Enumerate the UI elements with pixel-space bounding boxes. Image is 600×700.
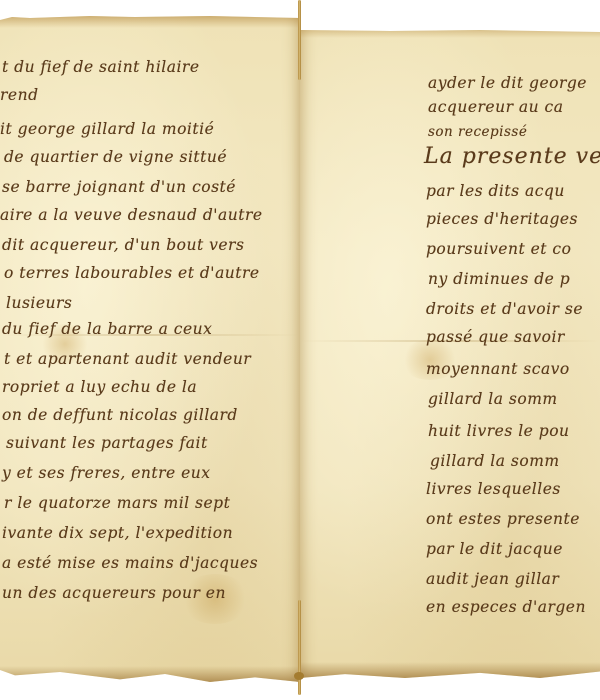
text-line: t du fief de saint hilaire (2, 58, 200, 76)
left-page-text: t du fief de saint hilaire rend it georg… (0, 14, 300, 682)
text-line: par les dits acqu (426, 182, 565, 200)
text-line: de quartier de vigne sittué (4, 148, 227, 166)
text-line: suivant les partages fait (6, 434, 208, 452)
right-page-text: ayder le dit george acquereur au ca son … (300, 30, 600, 678)
text-line: gillard la somm (430, 452, 560, 470)
text-line: on de deffunt nicolas gillard (2, 406, 238, 424)
text-line: audit jean gillar (426, 570, 559, 588)
text-line: ayder le dit george (428, 74, 587, 92)
binding-thread (298, 600, 301, 695)
left-page: t du fief de saint hilaire rend it georg… (0, 14, 300, 682)
binding-thread (298, 0, 301, 80)
text-line: aire a la veuve desnaud d'autre (0, 206, 263, 224)
text-line: huit livres le pou (428, 422, 570, 440)
text-line: dit acquereur, d'un bout vers (2, 236, 244, 254)
text-line-heading: La presente ve (424, 144, 600, 169)
text-line: acquereur au ca (428, 98, 563, 116)
text-line: r le quatorze mars mil sept (4, 494, 230, 512)
text-line: du fief de la barre a ceux (2, 320, 212, 338)
manuscript-spread: t du fief de saint hilaire rend it georg… (0, 0, 600, 700)
text-line: o terres labourables et d'autre (4, 264, 260, 282)
text-line: poursuivent et co (426, 240, 571, 258)
text-line: moyennant scavo (426, 360, 570, 378)
text-line: lusieurs (6, 294, 72, 312)
text-line: pieces d'heritages (426, 210, 578, 228)
text-line: se barre joignant d'un costé (2, 178, 236, 196)
text-line: ropriet a luy echu de la (2, 378, 197, 396)
text-line: droits et d'avoir se (426, 300, 583, 318)
text-line: en especes d'argen (426, 598, 586, 616)
text-line: gillard la somm (428, 390, 558, 408)
text-line: ny diminues de p (428, 270, 570, 288)
text-line: un des acquereurs pour en (2, 584, 226, 602)
text-line: passé que savoir (426, 328, 565, 346)
text-line: ont estes presente (426, 510, 580, 528)
text-line: ivante dix sept, l'expedition (2, 524, 233, 542)
text-line: a esté mise es mains d'jacques (2, 554, 258, 572)
text-line: t et apartenant audit vendeur (4, 350, 251, 368)
text-line: it george gillard la moitié (0, 120, 214, 138)
text-line: y et ses freres, entre eux (2, 464, 211, 482)
thread-knot (294, 672, 304, 680)
text-line: rend (0, 86, 39, 104)
text-line: son recepissé (428, 124, 527, 140)
binding-spine (296, 0, 304, 700)
text-line: livres lesquelles (426, 480, 561, 498)
right-page: ayder le dit george acquereur au ca son … (300, 30, 600, 678)
text-line: par le dit jacque (426, 540, 563, 558)
